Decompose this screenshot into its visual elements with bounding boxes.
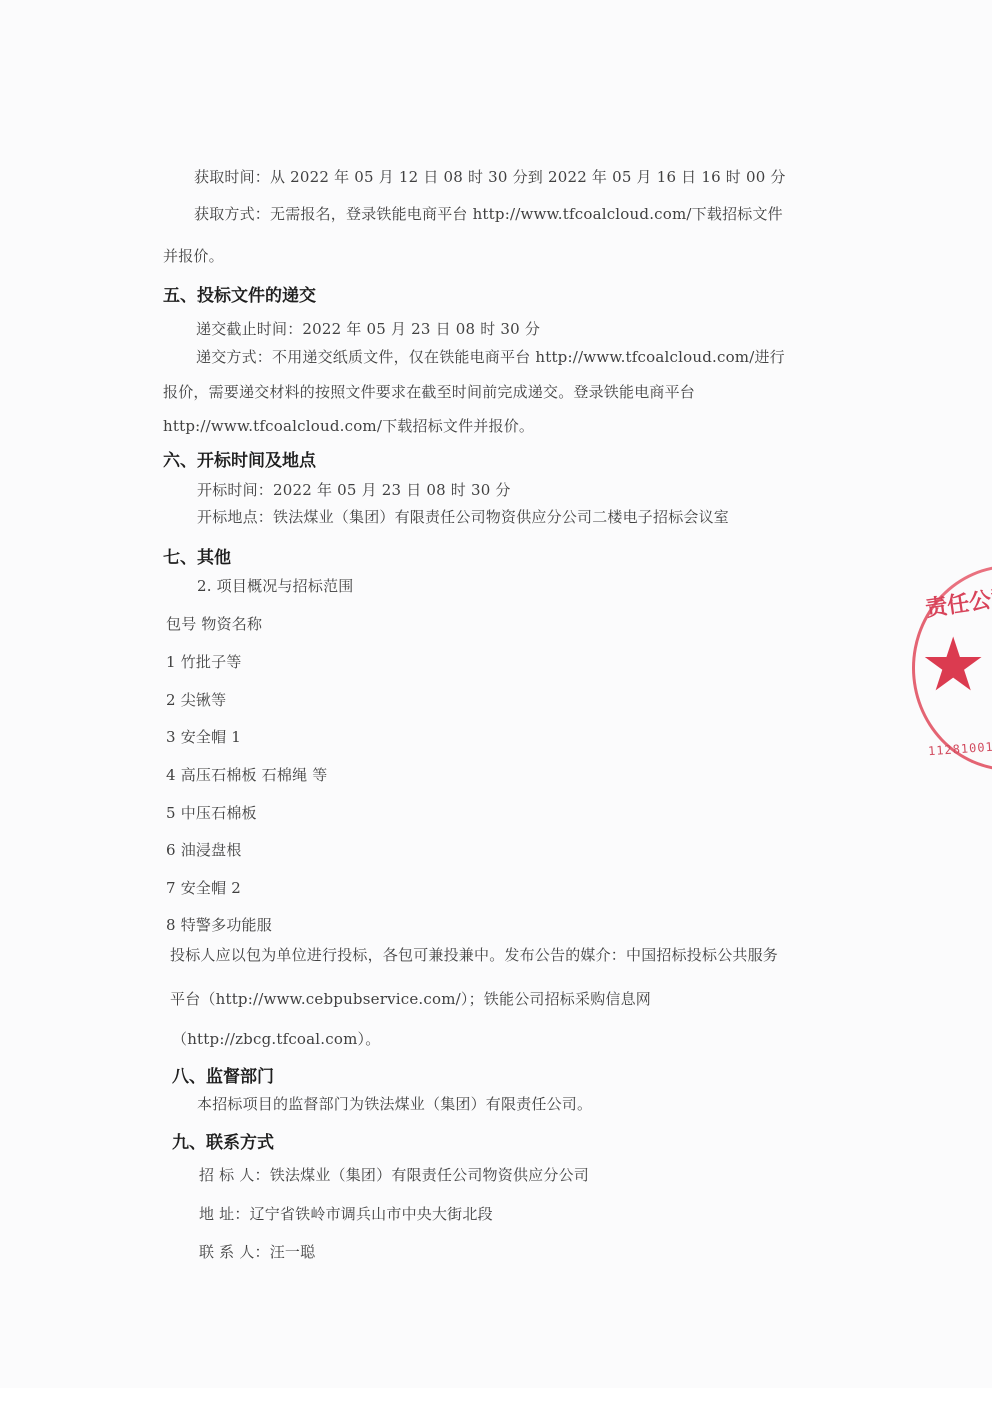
package-row: 6 油浸盘根	[166, 839, 242, 860]
acquire-time: 获取时间：从 2022 年 05 月 12 日 08 时 30 分到 2022 …	[194, 166, 786, 187]
bidding-note-line-3: （http://zbcg.tfcoal.com）。	[172, 1028, 380, 1049]
acquire-method-line-2: 并报价。	[163, 245, 224, 266]
package-row: 1 竹批子等	[166, 651, 242, 672]
package-row: 8 特警多功能服	[166, 914, 272, 935]
supervision-body: 本招标项目的监督部门为铁法煤业（集团）有限责任公司。	[197, 1093, 592, 1114]
section-7-heading: 七、其他	[163, 543, 231, 568]
contact-tenderer: 招 标 人：铁法煤业（集团）有限责任公司物资供应分公司	[199, 1164, 589, 1185]
project-scope-subtitle: 2. 项目概况与招标范围	[197, 575, 353, 596]
section-9-heading: 九、联系方式	[172, 1128, 274, 1153]
package-row: 5 中压石棉板	[166, 802, 257, 823]
section-6-heading: 六、开标时间及地点	[163, 446, 316, 471]
opening-time: 开标时间：2022 年 05 月 23 日 08 时 30 分	[197, 479, 511, 500]
opening-place: 开标地点：铁法煤业（集团）有限责任公司物资供应分公司二楼电子招标会议室	[197, 506, 729, 527]
package-table-header: 包号 物资名称	[166, 613, 262, 634]
package-row: 7 安全帽 2	[166, 877, 241, 898]
submission-method-line-1: 递交方式：不用递交纸质文件，仅在铁能电商平台 http://www.tfcoal…	[196, 346, 785, 367]
section-8-heading: 八、监督部门	[172, 1062, 274, 1087]
submission-method-line-3: http://www.tfcoalcloud.com/下载招标文件并报价。	[163, 415, 534, 436]
submission-method-line-2: 报价，需要递交材料的按照文件要求在截至时间前完成递交。登录铁能电商平台	[163, 381, 695, 402]
contact-person: 联 系 人：汪一聪	[199, 1241, 315, 1262]
seal-star-icon: ★	[920, 628, 986, 702]
bidding-note-line-2: 平台（http://www.cebpubservice.com/）；铁能公司招标…	[170, 988, 651, 1009]
submission-deadline: 递交截止时间：2022 年 05 月 23 日 08 时 30 分	[196, 318, 540, 339]
package-row: 3 安全帽 1	[166, 726, 241, 747]
package-row: 4 高压石棉板 石棉绳 等	[166, 764, 327, 785]
package-row: 2 尖锹等	[166, 689, 226, 710]
section-5-heading: 五、投标文件的递交	[163, 281, 316, 306]
acquire-method-line-1: 获取方式：无需报名，登录铁能电商平台 http://www.tfcoalclou…	[194, 203, 783, 224]
contact-address: 地 址：辽宁省铁岭市调兵山市中央大街北段	[199, 1203, 493, 1224]
bidding-note-line-1: 投标人应以包为单位进行投标，各包可兼投兼中。发布公告的媒介：中国招标投标公共服务	[170, 944, 778, 965]
